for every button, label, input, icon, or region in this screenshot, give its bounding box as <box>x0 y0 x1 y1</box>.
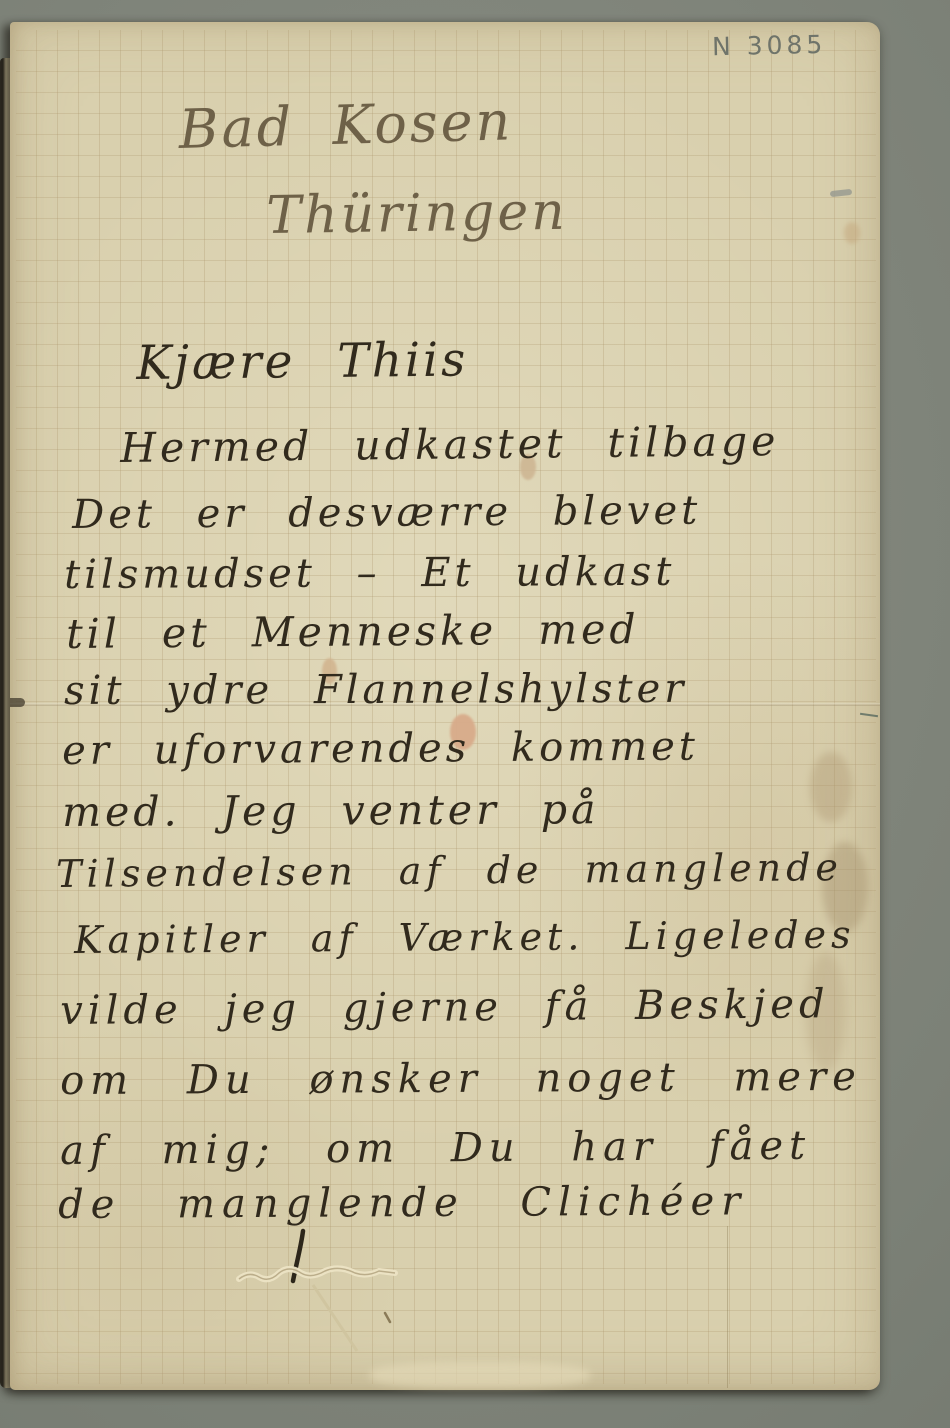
catalog-number: N 3085 <box>712 30 827 61</box>
body-line: Kapitler af Værket. Ligeledes <box>74 913 856 962</box>
letter-page: N 3085 Bad Kosen Thüringen Kjære Thiis H… <box>10 22 880 1390</box>
body-line: sit ydre Flannelshylster <box>64 666 687 714</box>
heading-place: Bad Kosen <box>178 89 514 161</box>
scan-background: N 3085 Bad Kosen Thüringen Kjære Thiis H… <box>0 0 950 1428</box>
stain <box>810 752 852 822</box>
body-line: er uforvarendes kommet <box>62 724 699 774</box>
body-line: med. Jeg venter på <box>62 785 600 836</box>
salutation: Kjære Thiis <box>136 333 468 391</box>
body-line: af mig; om Du har fået <box>60 1123 811 1174</box>
edge-mark <box>860 713 878 717</box>
body-line: Tilsendelsen af de manglende <box>56 845 843 896</box>
body-line: vilde jeg gjerne få Beskjed <box>60 981 830 1034</box>
paper-tear <box>235 1227 435 1362</box>
body-line: om Du ønsker noget mere <box>60 1054 862 1104</box>
body-line: til et Menneske med <box>66 605 640 658</box>
vertical-crease <box>727 1226 728 1388</box>
body-line: tilsmudset – Et udkast <box>64 549 675 598</box>
heading-region: Thüringen <box>266 182 568 246</box>
stain <box>844 222 860 244</box>
body-line: Hermed udkastet tilbage <box>120 417 780 472</box>
fold-crease-notch <box>10 698 25 707</box>
pencil-mark <box>830 189 853 197</box>
body-line: Det er desværre blevet <box>72 488 701 538</box>
stain <box>370 1362 590 1388</box>
body-line: de manglende Clichéer <box>58 1178 747 1228</box>
